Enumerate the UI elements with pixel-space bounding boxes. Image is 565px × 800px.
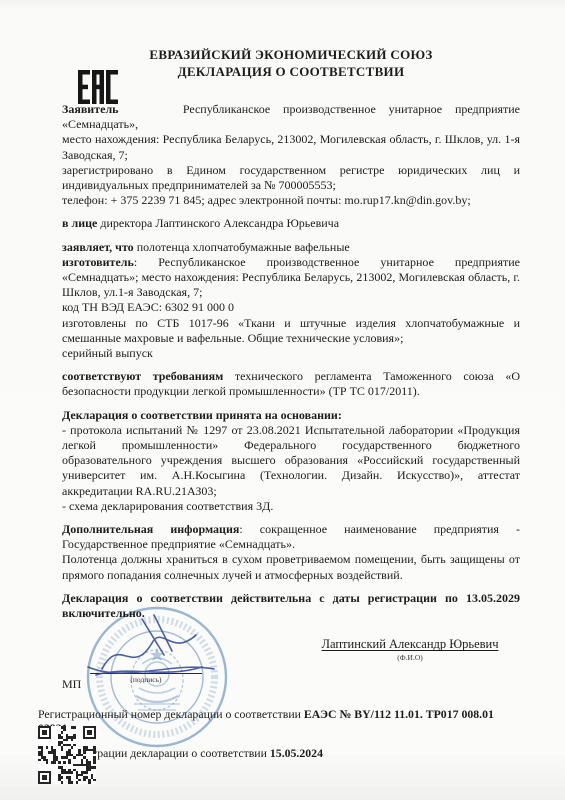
title-declaration: ДЕКЛАРАЦИЯ О СООТВЕТСТВИИ xyxy=(62,63,520,80)
signatory-name: Лаптинский Александр Юрьевич xyxy=(300,637,520,652)
applicant-paragraph: Заявитель Республиканское производственн… xyxy=(62,102,520,132)
document-title: ЕВРАЗИЙСКИЙ ЭКОНОМИЧЕСКИЙ СОЮЗ ДЕКЛАРАЦИ… xyxy=(62,46,520,80)
compliance-paragraph: соответствуют требованиям технического р… xyxy=(62,369,520,399)
basis-item-protocol: - протокола испытаний № 1297 от 23.08.20… xyxy=(62,423,520,499)
registration-date: 15.05.2024 xyxy=(270,746,323,760)
applicant-contacts: телефон: + 375 2239 71 845; адрес электр… xyxy=(62,193,520,208)
signature-area: (подпись) МП xyxy=(62,625,297,697)
basis-item-scheme: - схема декларирования соответствия 3Д. xyxy=(62,499,520,514)
basis-heading: Декларация о соответствии принята на осн… xyxy=(62,408,520,423)
fio-caption: (Ф.И.О) xyxy=(300,653,520,662)
applicant-address: место нахождения: Республика Беларусь, 2… xyxy=(62,132,520,162)
registration-date-line: Дата регистрации декларации о соответств… xyxy=(38,746,520,760)
fio-block: Лаптинский Александр Юрьевич (Ф.И.О) xyxy=(300,625,520,697)
representative-text: директора Лаптинского Александра Юрьевич… xyxy=(100,216,339,230)
title-union: ЕВРАЗИЙСКИЙ ЭКОНОМИЧЕСКИЙ СОЮЗ xyxy=(62,46,520,63)
registration-number-line: Регистрационный номер декларации о соотв… xyxy=(38,707,520,735)
qr-finder-bottom-left xyxy=(38,771,51,784)
qr-finder-top-left xyxy=(38,726,51,739)
compliance-label: соответствуют требованиям xyxy=(62,369,223,383)
storage-conditions: Полотенца должны храниться в сухом прове… xyxy=(62,552,520,582)
mp-seal-label: МП xyxy=(62,677,81,692)
product-name: полотенца хлопчатобумажные вафельные xyxy=(137,240,350,254)
manufacturer-label: изготовитель xyxy=(62,255,134,269)
qr-code xyxy=(38,726,96,784)
tnved-code-line: код ТН ВЭД ЕАЭС: 6302 91 000 0 xyxy=(62,300,520,315)
declaration-product: заявляет, что полотенца хлопчатобумажные… xyxy=(62,240,520,255)
additional-info-paragraph: Дополнительная информация: сокращенное н… xyxy=(62,522,520,552)
additional-info-label: Дополнительная информация xyxy=(62,522,239,536)
manufacturer-paragraph: изготовитель: Республиканское производст… xyxy=(62,255,520,301)
document-page: ЕВРАЗИЙСКИЙ ЭКОНОМИЧЕСКИЙ СОЮЗ ДЕКЛАРАЦИ… xyxy=(0,0,565,800)
applicant-name: Республиканское производственное унитарн… xyxy=(62,102,520,131)
signature-ink xyxy=(80,609,240,685)
serial-line: серийный выпуск xyxy=(62,346,520,361)
signature-block: (подпись) МП Лаптинский Александр Юрьеви… xyxy=(62,625,520,697)
qr-finder-top-right xyxy=(83,726,96,739)
applicant-label: Заявитель xyxy=(62,102,119,116)
representative-label: в лице xyxy=(62,216,97,230)
representative-paragraph: в лице директора Лаптинского Александра … xyxy=(62,216,520,231)
applicant-registration: зарегистрировано в Едином государственно… xyxy=(62,163,520,193)
declares-label: заявляет, что xyxy=(62,240,134,254)
standard-line: изготовлены по СТБ 1017-96 «Ткани и штуч… xyxy=(62,316,520,346)
